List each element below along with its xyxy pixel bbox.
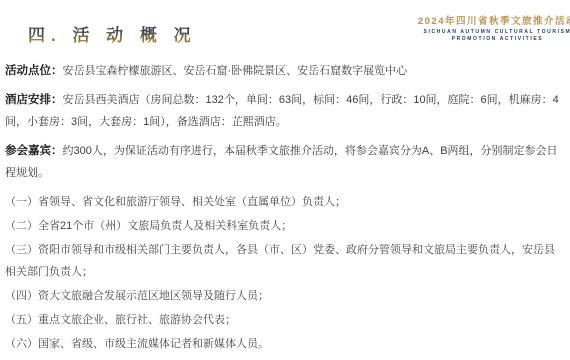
guest-list-item: （五）重点文旅企业、旅行社、旅游协会代表； [5, 309, 563, 331]
event-logo-english-line2: PROMOTION ACTIVITIES [418, 36, 570, 42]
paragraph-text: 约300人，为保证活动有序进行，本届秋季文旅推介活动，将参会嘉宾分为A、B两组，… [5, 145, 558, 179]
guest-list: （一）省领导、省文化和旅游厅领导、相关处室（直属单位）负责人； （二）全省21个… [5, 191, 563, 355]
event-logo-english-line1: SICHUAN AUTUMN CULTURAL TOURISM [418, 29, 570, 35]
guest-list-item: （二）全省21个市（州）文旅局负责人及相关科室负责人； [5, 215, 563, 237]
page-title: 四. 活 动 概 况 [28, 21, 197, 46]
slide-activity-overview: 四. 活 动 概 况 2024年四川省秋季文旅推介活动 SICHUAN AUTU… [0, 0, 570, 360]
paragraph-label: 参会嘉宾： [5, 145, 63, 157]
guest-list-item: （一）省领导、省文化和旅游厅领导、相关处室（直属单位）负责人； [5, 191, 563, 213]
event-logo-chinese: 2024年四川省秋季文旅推介活动 [418, 13, 570, 27]
guest-list-item: （三）资阳市领导和市级相关部门主要负责人，各县（市、区）党委、政府分管领导和文旅… [5, 239, 563, 283]
paragraph-activity-locations: 活动点位：安岳县宝森柠檬旅游区、安岳石窟·卧佛院景区、安岳石窟数字展览中心 [5, 60, 563, 82]
guest-list-item: （六）国家、省级、市级主流媒体记者和新媒体人员。 [5, 333, 563, 355]
paragraph-text: 安岳县宝森柠檬旅游区、安岳石窟·卧佛院景区、安岳石窟数字展览中心 [63, 65, 408, 77]
paragraph-text: 安岳县西美酒店（房间总数：132个，单间：63间，标间：46间，行政：10间，庭… [5, 94, 559, 128]
event-logo: 2024年四川省秋季文旅推介活动 SICHUAN AUTUMN CULTURAL… [418, 13, 570, 42]
slide-body: 活动点位：安岳县宝森柠檬旅游区、安岳石窟·卧佛院景区、安岳石窟数字展览中心 酒店… [5, 60, 563, 357]
paragraph-hotel-arrangement: 酒店安排：安岳县西美酒店（房间总数：132个，单间：63间，标间：46间，行政：… [5, 89, 563, 133]
guest-list-item: （四）资大文旅融合发展示范区地区领导及随行人员； [5, 285, 563, 307]
paragraph-label: 酒店安排： [5, 94, 63, 106]
paragraph-label: 活动点位： [5, 65, 63, 77]
paragraph-participants: 参会嘉宾：约300人，为保证活动有序进行，本届秋季文旅推介活动，将参会嘉宾分为A… [5, 140, 563, 184]
